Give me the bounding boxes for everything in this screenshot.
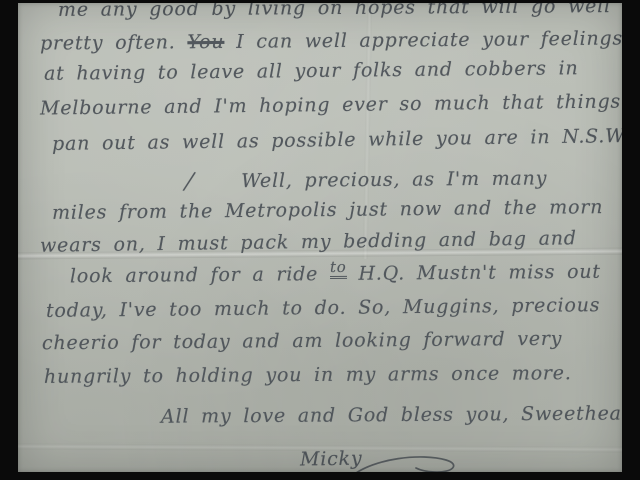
letter-photo-frame: me any good by living on hopes that will…: [0, 0, 640, 480]
inserted-word: to: [330, 260, 347, 279]
handwritten-line: today, I've too much to do. So, Muggins,…: [46, 294, 601, 322]
handwritten-line: /Well, precious, as I'm many: [186, 167, 547, 192]
handwritten-line: look around for a ride to H.Q. Mustn't m…: [70, 261, 601, 290]
paragraph-mark: /: [183, 167, 196, 196]
line-text: I can well appreciate your feelings: [224, 27, 622, 52]
line-text: look around for a ride: [70, 263, 330, 287]
letter-page: me any good by living on hopes that will…: [18, 3, 622, 472]
handwritten-line: at having to leave all your folks and co…: [44, 57, 579, 85]
line-text: H.Q. Mustn't miss out: [347, 261, 601, 285]
struck-out-word: You: [187, 31, 224, 53]
handwritten-line: Melbourne and I'm hoping ever so much th…: [40, 90, 621, 119]
handwritten-line: pan out as well as possible while you ar…: [52, 125, 622, 155]
line-text: pretty often.: [40, 31, 188, 54]
signature-flourish: [348, 452, 466, 472]
handwritten-line: me any good by living on hopes that will…: [58, 3, 611, 21]
handwritten-line: cheerio for today and am looking forward…: [42, 328, 562, 355]
handwritten-line: hungrily to holding you in my arms once …: [44, 362, 572, 388]
handwritten-line: miles from the Metropolis just now and t…: [52, 196, 603, 224]
handwritten-line: pretty often. You I can well appreciate …: [40, 27, 622, 54]
closing-line: All my love and God bless you, Sweethear…: [161, 402, 622, 427]
line-text: Well, precious, as I'm many: [241, 167, 547, 192]
